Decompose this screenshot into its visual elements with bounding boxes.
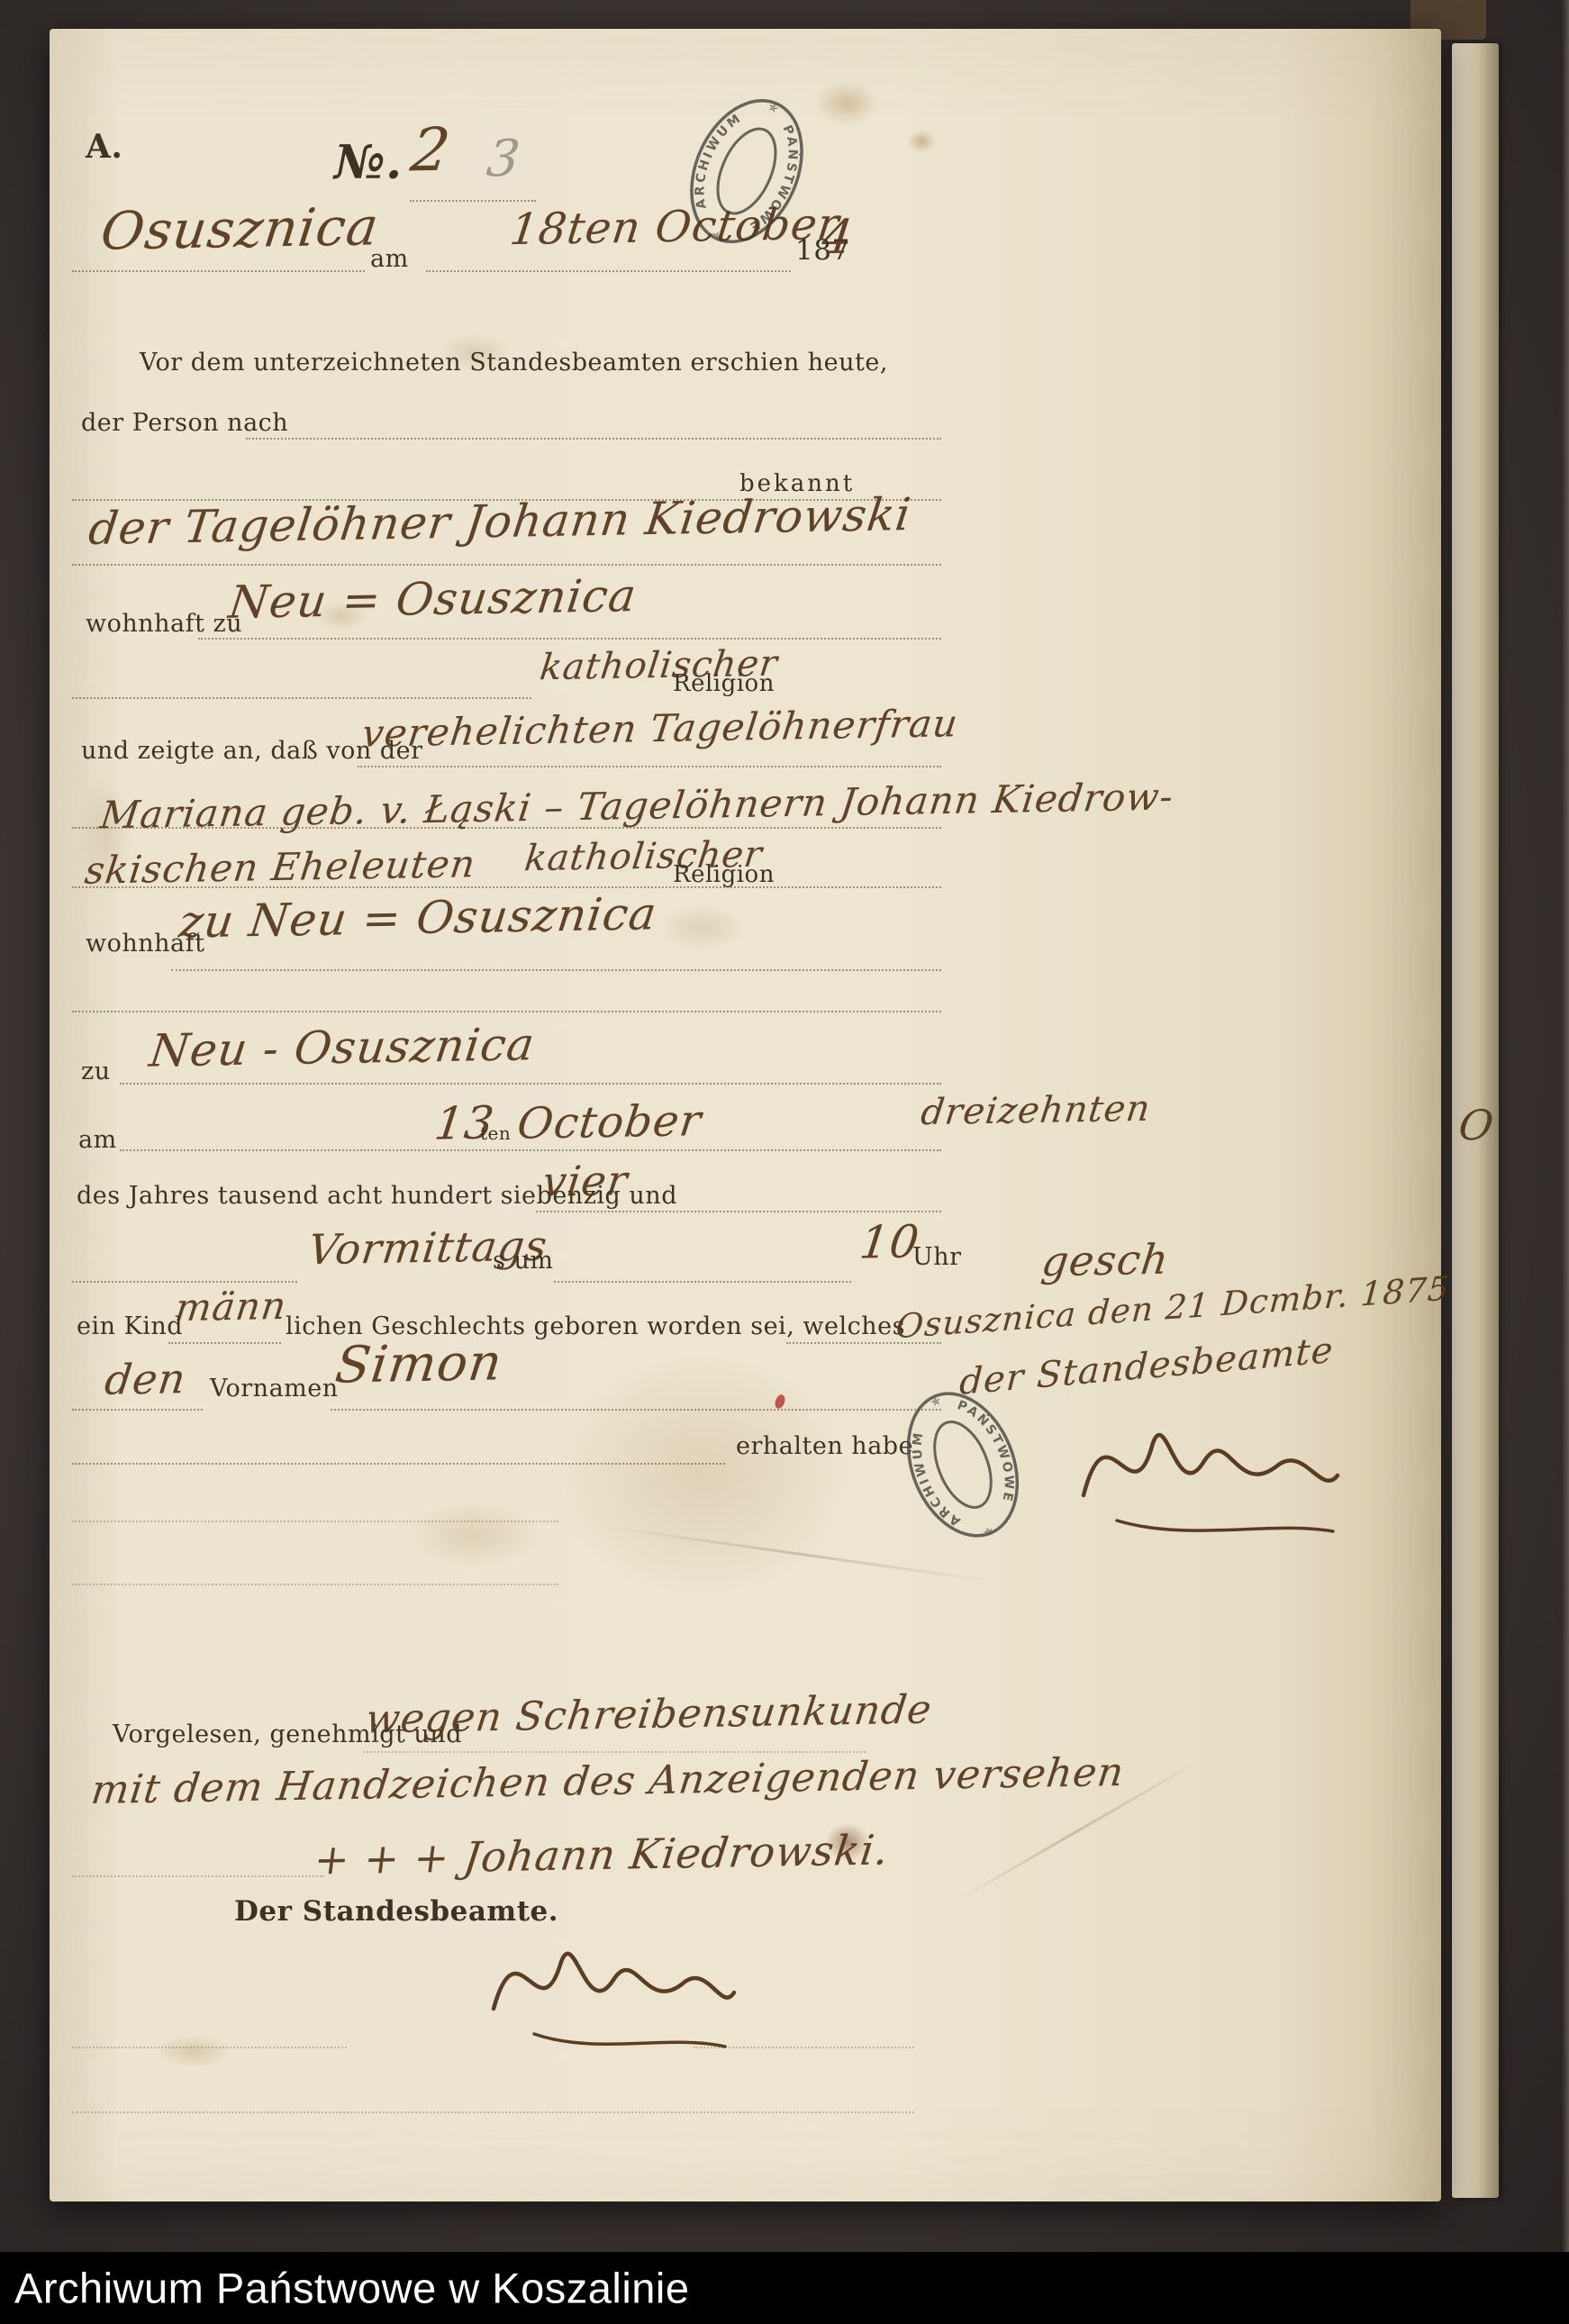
year-word-handwritten: vier (540, 1156, 631, 1206)
parents-residence-handwritten: zu Neu = Osusznica (177, 887, 660, 948)
kind-label-1: ein Kind (77, 1312, 183, 1340)
erhalten-habe-label: erhalten habe (736, 1432, 913, 1460)
um-label: s um (493, 1247, 553, 1275)
stamp-star-icon: ✯ (982, 1524, 996, 1540)
child-name-handwritten: Simon (332, 1333, 506, 1394)
mother-line-1-handwritten: verehelichten Tagelöhnerfrau (359, 701, 961, 756)
dotted-line (246, 438, 941, 440)
stamp-star-icon: ✯ (929, 1394, 943, 1411)
archive-watermark-bar: Archiwum Państwowe w Koszalinie (0, 2252, 1569, 2324)
dotted-line (554, 1281, 851, 1283)
record-place-handwritten: Osusznica (97, 195, 382, 261)
pencil-annotation: 3 (484, 130, 524, 189)
dotted-line (72, 827, 941, 829)
svg-text:ARCHIWUM: ARCHIWUM (679, 104, 750, 215)
dotted-line (694, 2047, 914, 2048)
paper-stain (156, 2034, 231, 2068)
person-nach-label: der Person nach (81, 409, 288, 437)
year-digit-handwritten: 4 (819, 211, 857, 266)
religion-label-1: Religion (673, 670, 775, 697)
dotted-line (72, 564, 941, 566)
dotted-line (72, 2111, 914, 2113)
den-word-handwritten: den (103, 1354, 189, 1404)
dotted-line (198, 638, 941, 640)
closing-handwritten-1: wegen Schreibensunkunde (363, 1687, 935, 1743)
paper-stain (907, 130, 936, 153)
paper-stain (554, 1353, 851, 1596)
zu-label: zu (81, 1058, 111, 1085)
record-number-value: 2 (407, 115, 455, 186)
official-signature (480, 1910, 741, 2058)
dotted-line (72, 697, 531, 699)
vornamen-label: Vornamen (210, 1375, 339, 1403)
dotted-line (120, 1083, 941, 1085)
uhr-label: Uhr (912, 1243, 962, 1271)
ten-suffix-label: ten (480, 1122, 511, 1144)
dotted-line (358, 766, 941, 767)
paper-stain (406, 1501, 541, 1567)
declarant-residence-handwritten: Neu = Osusznica (226, 569, 639, 629)
am-label-2: am (78, 1126, 117, 1154)
dotted-line (72, 1463, 725, 1465)
dotted-line (171, 969, 941, 971)
archive-watermark-label: Archiwum Państwowe w Koszalinie (14, 2264, 690, 2313)
dotted-line (72, 270, 365, 272)
am-label: am (370, 245, 409, 273)
intro-line: Vor dem unterzeichneten Standesbeamten e… (140, 349, 888, 377)
red-wax-fleck (774, 1393, 787, 1410)
margin-day-word-handwritten: dreizehnten (919, 1088, 1153, 1133)
birth-month-handwritten: October (514, 1095, 704, 1149)
margin-note-word-handwritten: gesch (1039, 1235, 1173, 1285)
form-corner-letter: A. (86, 128, 122, 166)
dotted-line (536, 1211, 941, 1212)
gender-word-handwritten: männ (173, 1284, 289, 1330)
dotted-line (72, 1281, 297, 1283)
dotted-line (426, 270, 791, 272)
wohnhaft-zu-label: wohnhaft zu (86, 610, 242, 638)
religion-label-2: Religion (673, 861, 775, 888)
dotted-line (72, 886, 941, 888)
stamp-star-icon: ✯ (766, 100, 780, 116)
scan-right-edge (1562, 0, 1569, 2324)
record-number-label: №. (334, 135, 403, 190)
dotted-line (72, 1584, 558, 1585)
birth-place-handwritten: Neu - Osusznica (147, 1018, 538, 1076)
next-page-text-fragment: O (1456, 1101, 1497, 1150)
closing-handwritten-2: mit dem Handzeichen des Anzeigenden vers… (89, 1749, 1128, 1813)
paper-stain (658, 904, 745, 951)
dotted-line (72, 2047, 347, 2048)
dotted-line (72, 1875, 324, 1877)
dotted-line (363, 1751, 866, 1753)
dotted-line (72, 1409, 203, 1411)
dotted-line (331, 1409, 941, 1411)
mother-line-3-handwritten: skischen Eheleuten (82, 841, 478, 893)
dotted-line (72, 1011, 941, 1012)
registry-document-page: A. №. 2 3 PAŃSTWOWE ARCHIWUM ✯ ✯ Osuszni… (50, 29, 1441, 2201)
stamp-arc-left: ARCHIWUM (679, 104, 750, 215)
record-date-handwritten: 18ten October (507, 199, 842, 255)
handmark-name-handwritten: + + + Johann Kiedrowski. (312, 1825, 892, 1884)
dotted-line (168, 1342, 281, 1344)
margin-official-signature (1067, 1387, 1347, 1545)
dotted-line (72, 1521, 558, 1522)
dotted-line (120, 1149, 941, 1151)
margin-note-date-handwritten: Osusznica den 21 Dcmbr. 1875 (894, 1269, 1451, 1346)
dotted-line (410, 200, 536, 202)
